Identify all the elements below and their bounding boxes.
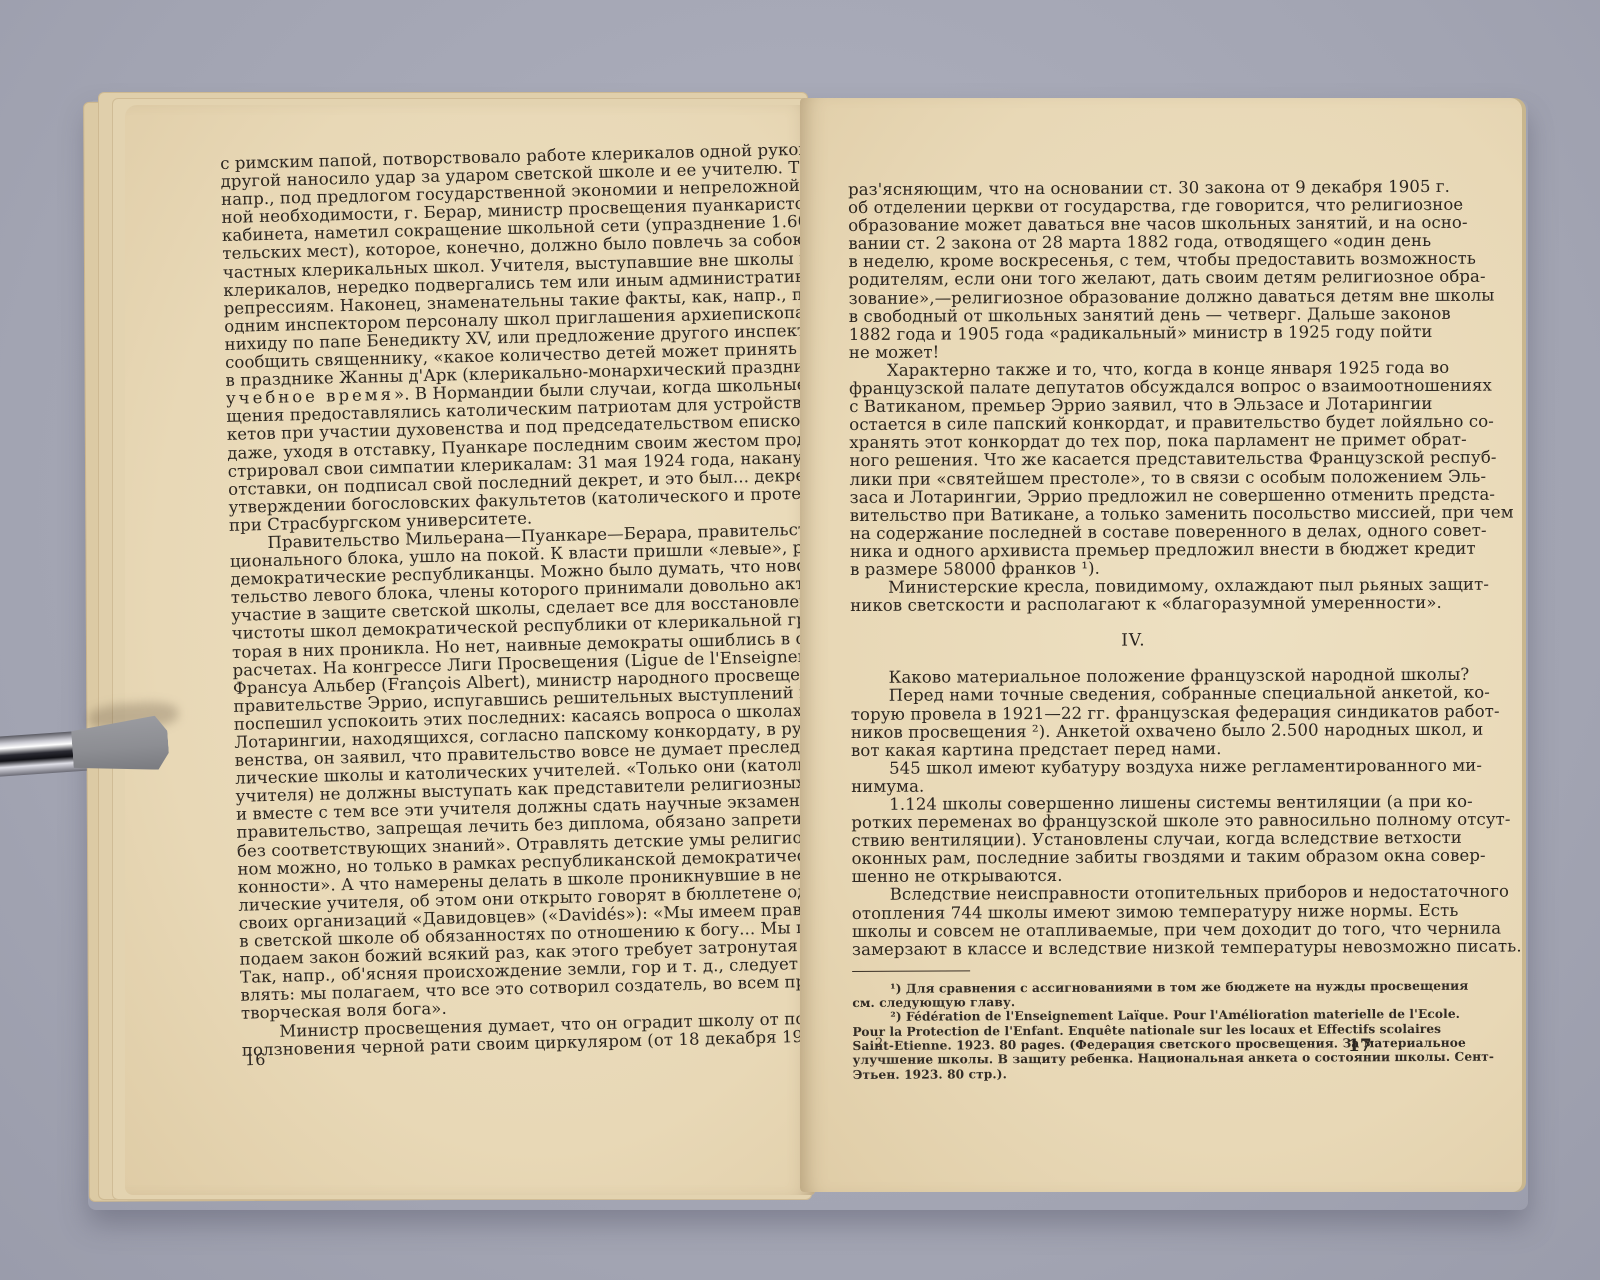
footnote-line: улучшение школы. В защиту ребенка. Нацио… bbox=[853, 1050, 1419, 1067]
left-page-text: с римским папой, потворствовало работе к… bbox=[220, 142, 788, 1060]
footnote-divider bbox=[852, 970, 970, 972]
text-line: ников светскости и располагают к «благор… bbox=[850, 594, 1416, 615]
left-page: с римским папой, потворствовало работе к… bbox=[125, 105, 815, 1195]
pen-cap bbox=[70, 715, 170, 776]
text-line: 1882 года и 1905 года «радикальный» мини… bbox=[849, 323, 1415, 344]
right-page: раз'ясняющим, что на основании ст. 30 за… bbox=[800, 98, 1522, 1192]
text-line: ника и одного архивиста премьер предложи… bbox=[850, 540, 1416, 561]
paragraph-start: 545 школ имеют кубатуру воздуха ниже рег… bbox=[851, 757, 1417, 778]
signature-mark: 2 bbox=[875, 1036, 883, 1051]
footnotes: ¹) Для сравнения с ассигнованиями в том … bbox=[852, 979, 1419, 1082]
pen bbox=[0, 700, 183, 793]
page-number-left: 16 bbox=[245, 1050, 266, 1069]
page-number-right: 17 bbox=[1348, 1036, 1372, 1056]
right-page-text: раз'ясняющим, что на основании ст. 30 за… bbox=[848, 178, 1419, 1082]
footnote-line: Этьен. 1923. 80 стр.). bbox=[853, 1065, 1419, 1082]
text-line: оконных рам, последние забиты гвоздями и… bbox=[852, 847, 1418, 868]
section-heading: IV. bbox=[850, 630, 1416, 651]
text-line: замерзают в классе и вследствие низкой т… bbox=[852, 938, 1418, 959]
